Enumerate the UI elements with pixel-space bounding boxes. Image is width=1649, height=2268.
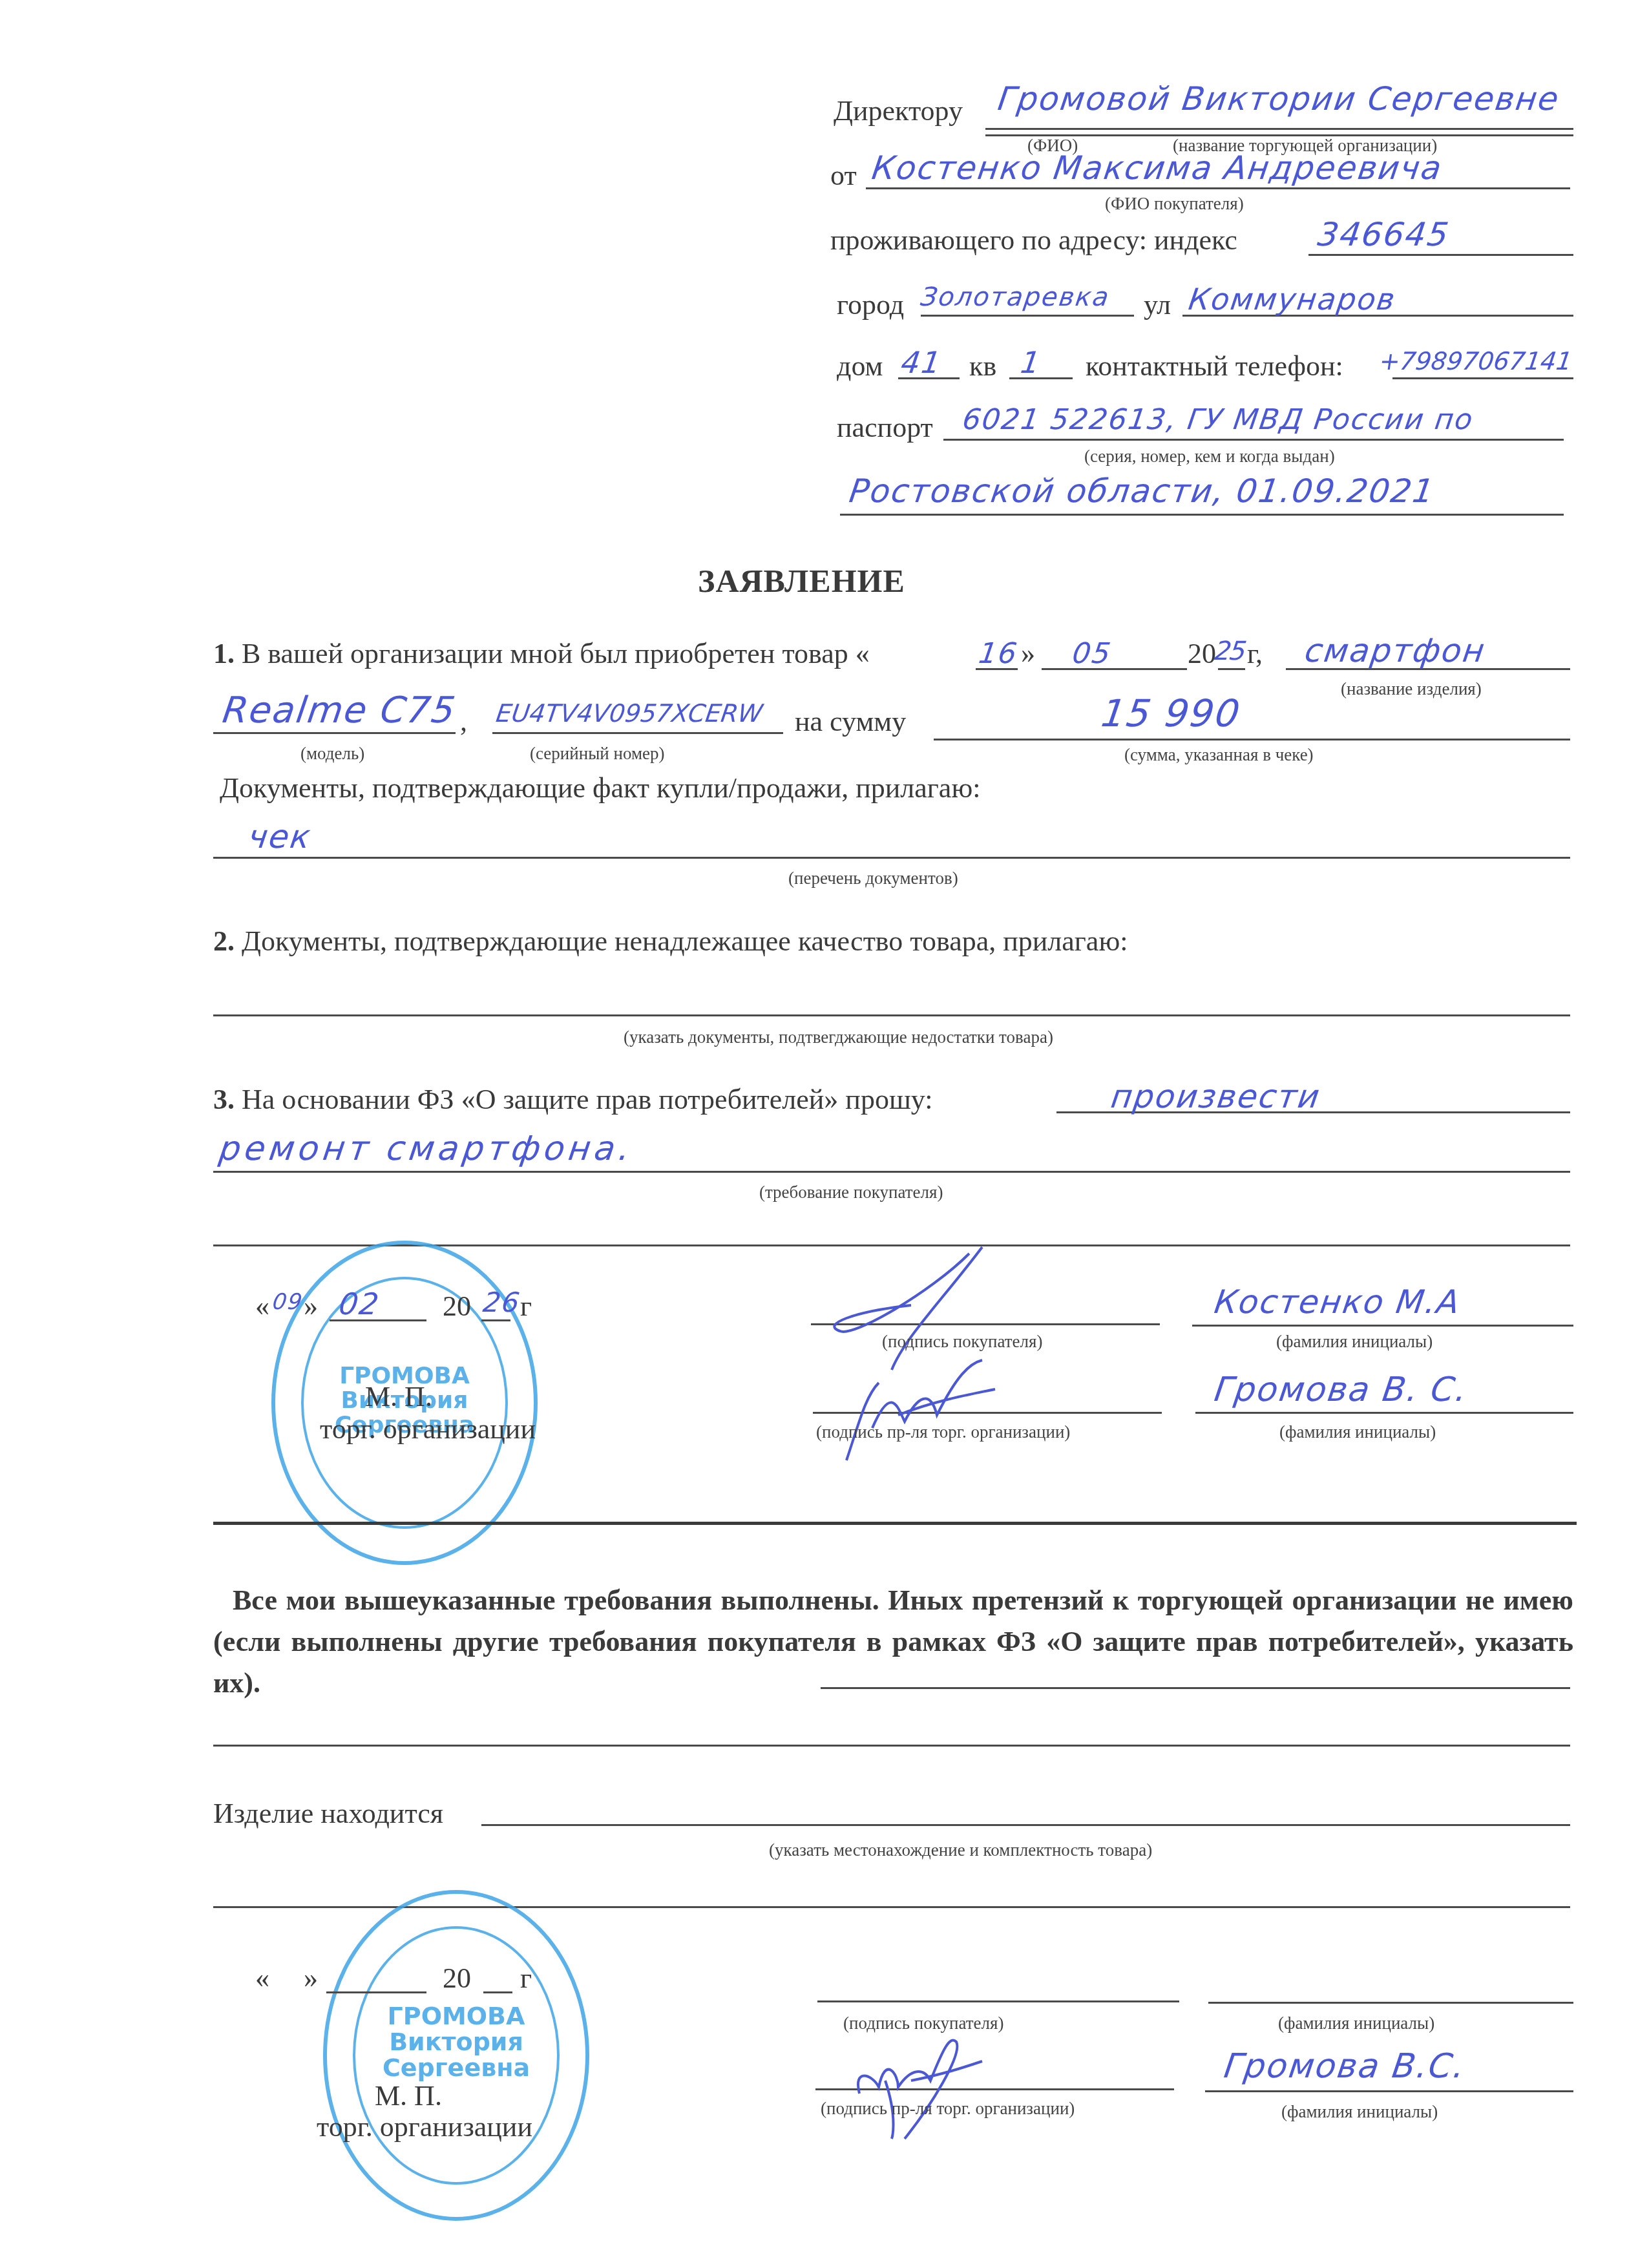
passport-caption: (серия, номер, кем и когда выдан) — [1084, 448, 1335, 465]
buyer-name2-caption: (фамилия инициалы) — [1278, 2015, 1434, 2032]
demand-caption: (требование покупателя) — [759, 1184, 943, 1201]
buyer-name-1[interactable]: Костенко М.А — [1212, 1286, 1462, 1318]
docs-label: Документы, подтверждающие факт купли/про… — [220, 774, 980, 803]
to-underline — [985, 128, 1573, 130]
city-value[interactable]: Золотаревка — [919, 284, 1111, 310]
mp2-org: торг. организации — [317, 2113, 532, 2141]
house-value[interactable]: 41 — [899, 348, 944, 377]
docs-underline — [213, 857, 1570, 859]
seller-name-1[interactable]: Громова В. С. — [1212, 1373, 1470, 1407]
phone-label: контактный телефон: — [1086, 352, 1343, 381]
seller-name1-underline — [1195, 1412, 1573, 1414]
serial-caption: (серийный номер) — [530, 745, 664, 762]
sum-caption: (сумма, указанная в чеке) — [1124, 746, 1314, 764]
sum-value[interactable]: 15 990 — [1099, 695, 1243, 732]
passport-underline-2 — [840, 514, 1564, 516]
date1-year-prefix: 20 — [443, 1292, 471, 1321]
location-label: Изделие находится — [213, 1800, 443, 1828]
city-label: город — [837, 291, 904, 319]
passport-value-line1[interactable]: 6021 522613, ГУ МВД России по — [961, 406, 1476, 434]
serial-value[interactable]: EU4TV4V0957XCERW — [494, 701, 764, 726]
address-label: проживающего по адресу: индекс — [830, 226, 1237, 255]
buyer-sig2-underline[interactable] — [817, 2000, 1179, 2002]
date2-g: г — [520, 1964, 532, 1993]
demand-underline-2 — [213, 1171, 1570, 1173]
date1-day[interactable]: 09 — [271, 1291, 305, 1313]
closing-underline[interactable] — [821, 1687, 1570, 1689]
date2-year-prefix: 20 — [443, 1964, 471, 1993]
phone-underline — [1392, 377, 1573, 379]
stamp2-center-line1: ГРОМОВА — [327, 2004, 585, 2030]
day-close-quote: » — [1021, 640, 1035, 668]
passport-label: паспорт — [837, 414, 933, 442]
model-caption: (модель) — [300, 745, 364, 762]
section3-number: 3. — [213, 1084, 235, 1115]
location-underline[interactable] — [481, 1824, 1570, 1826]
date2-month-underline[interactable] — [326, 1991, 426, 1993]
purchase-year[interactable]: 25 — [1213, 638, 1247, 664]
index-underline — [1308, 254, 1573, 256]
buyer-name1-caption: (фамилия инициалы) — [1276, 1333, 1433, 1350]
company-stamp-2: ГРОМОВА Виктория Сергеевна — [323, 1890, 589, 2221]
seller-name2-underline — [1205, 2090, 1573, 2092]
seller-signature-1 — [834, 1357, 1002, 1467]
flat-value[interactable]: 1 — [1019, 348, 1044, 377]
from-caption: (ФИО покупателя) — [1105, 195, 1244, 213]
section2-text: Документы, подтверждающие ненадлежащее к… — [242, 925, 1128, 957]
date2-close-quote: » — [304, 1964, 318, 1993]
to-label: Директору — [834, 97, 963, 125]
mp2: М. П. — [375, 2082, 442, 2110]
section3-text: На основании ФЗ «О защите прав потребите… — [242, 1084, 932, 1115]
closing-underline-2[interactable] — [213, 1745, 1570, 1747]
stamp2-center-line2: Виктория — [327, 2030, 585, 2055]
section1-text: В вашей организации мной был приобретен … — [242, 638, 870, 669]
sum-underline — [934, 739, 1570, 740]
from-label: от — [830, 162, 857, 190]
passport-underline — [943, 439, 1564, 441]
seller-signature-2 — [834, 2029, 989, 2145]
date2-open-quote: « — [255, 1964, 269, 1993]
model-underline — [213, 732, 456, 734]
serial-underline — [492, 732, 783, 734]
buyer-sig1-caption: (подпись покупателя) — [882, 1333, 1042, 1350]
mp1: М. П. — [365, 1383, 432, 1411]
date1-month[interactable]: 02 — [337, 1289, 382, 1319]
seller-name1-caption: (фамилия инициалы) — [1279, 1423, 1436, 1441]
flat-label: кв — [969, 352, 996, 381]
from-value[interactable]: Костенко Максима Андреевича — [870, 152, 1444, 184]
date1-close-quote: » — [304, 1292, 318, 1321]
docs-caption: (перечень документов) — [788, 870, 958, 887]
street-label: ул — [1144, 291, 1171, 319]
sum-label: на сумму — [795, 708, 906, 736]
seller-sig1-caption: (подпись пр-ля торг. организации) — [816, 1423, 1070, 1441]
date1-year[interactable]: 26 — [481, 1289, 522, 1316]
section2-number: 2. — [213, 925, 235, 957]
seller-sig2-caption: (подпись пр-ля торг. организации) — [821, 2100, 1075, 2117]
date1-year-underline — [481, 1319, 510, 1321]
docs-value[interactable]: чек — [246, 821, 313, 853]
document-title: ЗАЯВЛЕНИЕ — [698, 562, 905, 600]
date2-year-underline[interactable] — [483, 1991, 512, 1993]
model-value[interactable]: Realme C75 — [220, 693, 458, 729]
index-value[interactable]: 346645 — [1316, 218, 1451, 251]
mp1-org: торг. организации — [320, 1415, 536, 1444]
from-underline — [866, 187, 1570, 189]
phone-value[interactable]: +79897067141 — [1378, 349, 1573, 373]
seller-name2-caption: (фамилия инициалы) — [1281, 2103, 1438, 2121]
purchase-day[interactable]: 16 — [977, 640, 1020, 668]
passport-value-line2[interactable]: Ростовской области, 01.09.2021 — [847, 475, 1436, 507]
buyer-name1-underline — [1192, 1325, 1573, 1327]
section2-underline[interactable] — [213, 1014, 1570, 1016]
stamp2-center-line3: Сергеевна — [327, 2055, 585, 2081]
demand-value-line1[interactable]: произвести — [1109, 1080, 1322, 1113]
month-underline — [1042, 668, 1187, 670]
house-label: дом — [837, 352, 883, 381]
model-comma: , — [460, 708, 467, 736]
section-divider — [213, 1522, 1577, 1525]
buyer-name2-underline[interactable] — [1208, 2002, 1573, 2004]
closing-paragraph: Все мои вышеуказанные требования выполне… — [213, 1580, 1573, 1704]
section1-number: 1. — [213, 638, 235, 669]
date1-open-quote: « — [255, 1292, 269, 1321]
section2-caption: (указать документы, подтвегджающие недос… — [624, 1029, 1053, 1046]
product-caption: (название изделия) — [1341, 680, 1482, 698]
seller-name-2[interactable]: Громова В.С. — [1222, 2050, 1467, 2083]
demand-value-line2[interactable]: ремонт смартфона. — [217, 1132, 636, 1166]
street-value[interactable]: Коммунаров — [1187, 284, 1398, 314]
purchase-month[interactable]: 05 — [1071, 640, 1113, 668]
year-underline — [1218, 668, 1245, 670]
product-name[interactable]: смартфон — [1303, 635, 1487, 667]
to-value[interactable]: Громовой Виктории Сергеевне — [996, 83, 1561, 115]
year-g: г, — [1247, 640, 1263, 668]
date1-g: г — [520, 1292, 532, 1321]
city-underline — [921, 315, 1134, 317]
year-prefix: 20 — [1188, 640, 1216, 668]
location-caption: (указать местонахождение и комплектность… — [769, 1842, 1152, 1859]
